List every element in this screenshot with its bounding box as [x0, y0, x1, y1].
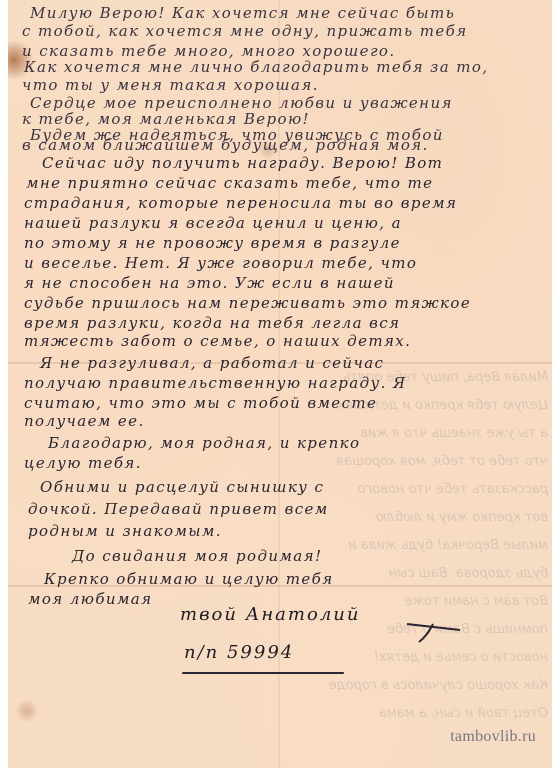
- letter-line: я не способен на это. Уж если в нашей: [24, 274, 395, 292]
- letter-line: и веселье. Нет. Я уже говорил тебе, что: [24, 254, 417, 272]
- letter-line: моя любимая: [28, 590, 152, 608]
- letter-line: Обними и расцелуй сынишку с: [40, 478, 324, 496]
- letter-line: Я не разгуливал, а работал и сейчас: [40, 354, 384, 372]
- letter-line: по этому я не провожу время в разгуле: [24, 234, 401, 252]
- letter-line: До свидания моя родимая!: [72, 547, 322, 565]
- letter-line: дочкой. Передавай привет всем: [28, 500, 329, 518]
- signature: твой Анатолий: [180, 604, 360, 625]
- letter-line: с тобой, как хочется мне одну, прижать т…: [22, 22, 468, 40]
- field-post-underline: [182, 672, 344, 674]
- letter-line: мне приятно сейчас сказать тебе, что те: [26, 174, 433, 192]
- letter-line: получаем ее.: [24, 412, 145, 430]
- field-post-number: п/п 59994: [184, 642, 294, 663]
- letter-line: считаю, что это мы с тобой вместе: [24, 394, 377, 412]
- letter-line: судьбе пришлось нам переживать это тяжко…: [24, 294, 471, 312]
- letter-line: время разлуки, когда на тебя легла вся: [24, 314, 400, 332]
- letter-line: родным и знакомым.: [28, 522, 222, 540]
- letter-line: целую тебя.: [24, 454, 142, 472]
- watermark: tambovlib.ru: [450, 728, 536, 746]
- letter-line: страдания, которые переносила ты во врем…: [24, 194, 457, 212]
- letter-line: нашей разлуки я всегда ценил и ценю, а: [24, 214, 402, 232]
- letter-line: в самом ближайшем будущем, родная моя.: [22, 136, 429, 154]
- letter-line: Сейчас иду получить награду. Верою! Вот: [42, 154, 443, 172]
- letter-line: Как хочется мне лично благодарить тебя з…: [24, 58, 488, 76]
- letter-line: Крепко обнимаю и целую тебя: [44, 570, 334, 588]
- letter-line: что ты у меня такая хорошая.: [22, 76, 319, 94]
- letter-line: Благодарю, моя родная, и крепко: [48, 434, 360, 452]
- letter-line: тяжесть забот о семье, о наших детях.: [24, 332, 411, 350]
- letter-line: получаю правительственную награду. Я: [24, 374, 406, 392]
- signature-flourish: [405, 616, 465, 646]
- letter-line: Милую Верою! Как хочется мне сейчас быть: [30, 4, 455, 22]
